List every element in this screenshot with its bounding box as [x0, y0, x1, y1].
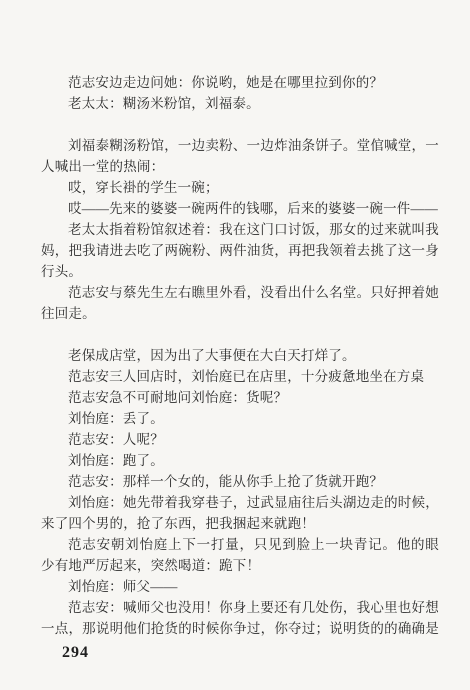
text-line: 范志安：那样一个女的，能从你手上抢了货就开跑？: [41, 471, 439, 492]
text-line: 行头。: [41, 261, 439, 282]
text-line: 哎，穿长褂的学生一碗；: [41, 177, 439, 198]
text-line: 刘怡庭：丢了。: [41, 408, 439, 429]
page-text: 范志安边走边问她：你说哟，她是在哪里拉到你的？老太太：糊汤米粉馆，刘福泰。刘福泰…: [41, 72, 439, 639]
text-line: 刘怡庭：她先带着我穿巷子，过武显庙往后头湖边走的时候，: [41, 492, 439, 513]
text-line: 哎——先来的婆婆一碗两件的钱哪，后来的婆婆一碗一件——: [41, 198, 439, 219]
blank-line: [41, 324, 439, 345]
text-line: 范志安三人回店时，刘怡庭已在店里，十分疲惫地坐在方桌前。: [41, 366, 439, 387]
text-line: 刘福泰糊汤粉馆，一边卖粉、一边炸油条饼子。堂倌喊堂，一: [41, 135, 439, 156]
text-line: 老保成店堂，因为出了大事便在大白天打烊了。: [41, 345, 439, 366]
book-page: 范志安边走边问她：你说哟，她是在哪里拉到你的？老太太：糊汤米粉馆，刘福泰。刘福泰…: [0, 0, 470, 690]
text-line: 少有地严厉起来，突然喝道：跪下！: [41, 555, 439, 576]
text-line: 范志安：人呢？: [41, 429, 439, 450]
blank-line: [41, 114, 439, 135]
text-line: 一点，那说明他们抢货的时候你争过，你夺过；说明货的的确确是: [41, 618, 439, 639]
text-line: 老太太：糊汤米粉馆，刘福泰。: [41, 93, 439, 114]
text-line: 来了四个男的，抢了东西，把我捆起来就跑！: [41, 513, 439, 534]
text-line: 人喊出一堂的热闹：: [41, 156, 439, 177]
text-line: 妈，把我请进去吃了两碗粉、两件油货，再把我领着去挑了这一身: [41, 240, 439, 261]
text-line: 范志安边走边问她：你说哟，她是在哪里拉到你的？: [41, 72, 439, 93]
text-line: 刘怡庭：跑了。: [41, 450, 439, 471]
text-line: 范志安与蔡先生左右瞧里外看，没看出什么名堂。只好押着她: [41, 282, 439, 303]
text-line: 范志安朝刘怡庭上下一打量，只见到脸上一块青记。他的眼睛，: [41, 534, 439, 555]
text-line: 范志安：喊师父也没用！你身上要还有几处伤，我心里也好想: [41, 597, 439, 618]
text-line: 范志安急不可耐地问刘怡庭：货呢？: [41, 387, 439, 408]
text-line: 老太太指着粉馆叙述着：我在这门口讨饭，那女的过来就叫我: [41, 219, 439, 240]
text-line: 刘怡庭：师父——: [41, 576, 439, 597]
text-line: 往回走。: [41, 303, 439, 324]
page-number: 294: [62, 644, 89, 662]
